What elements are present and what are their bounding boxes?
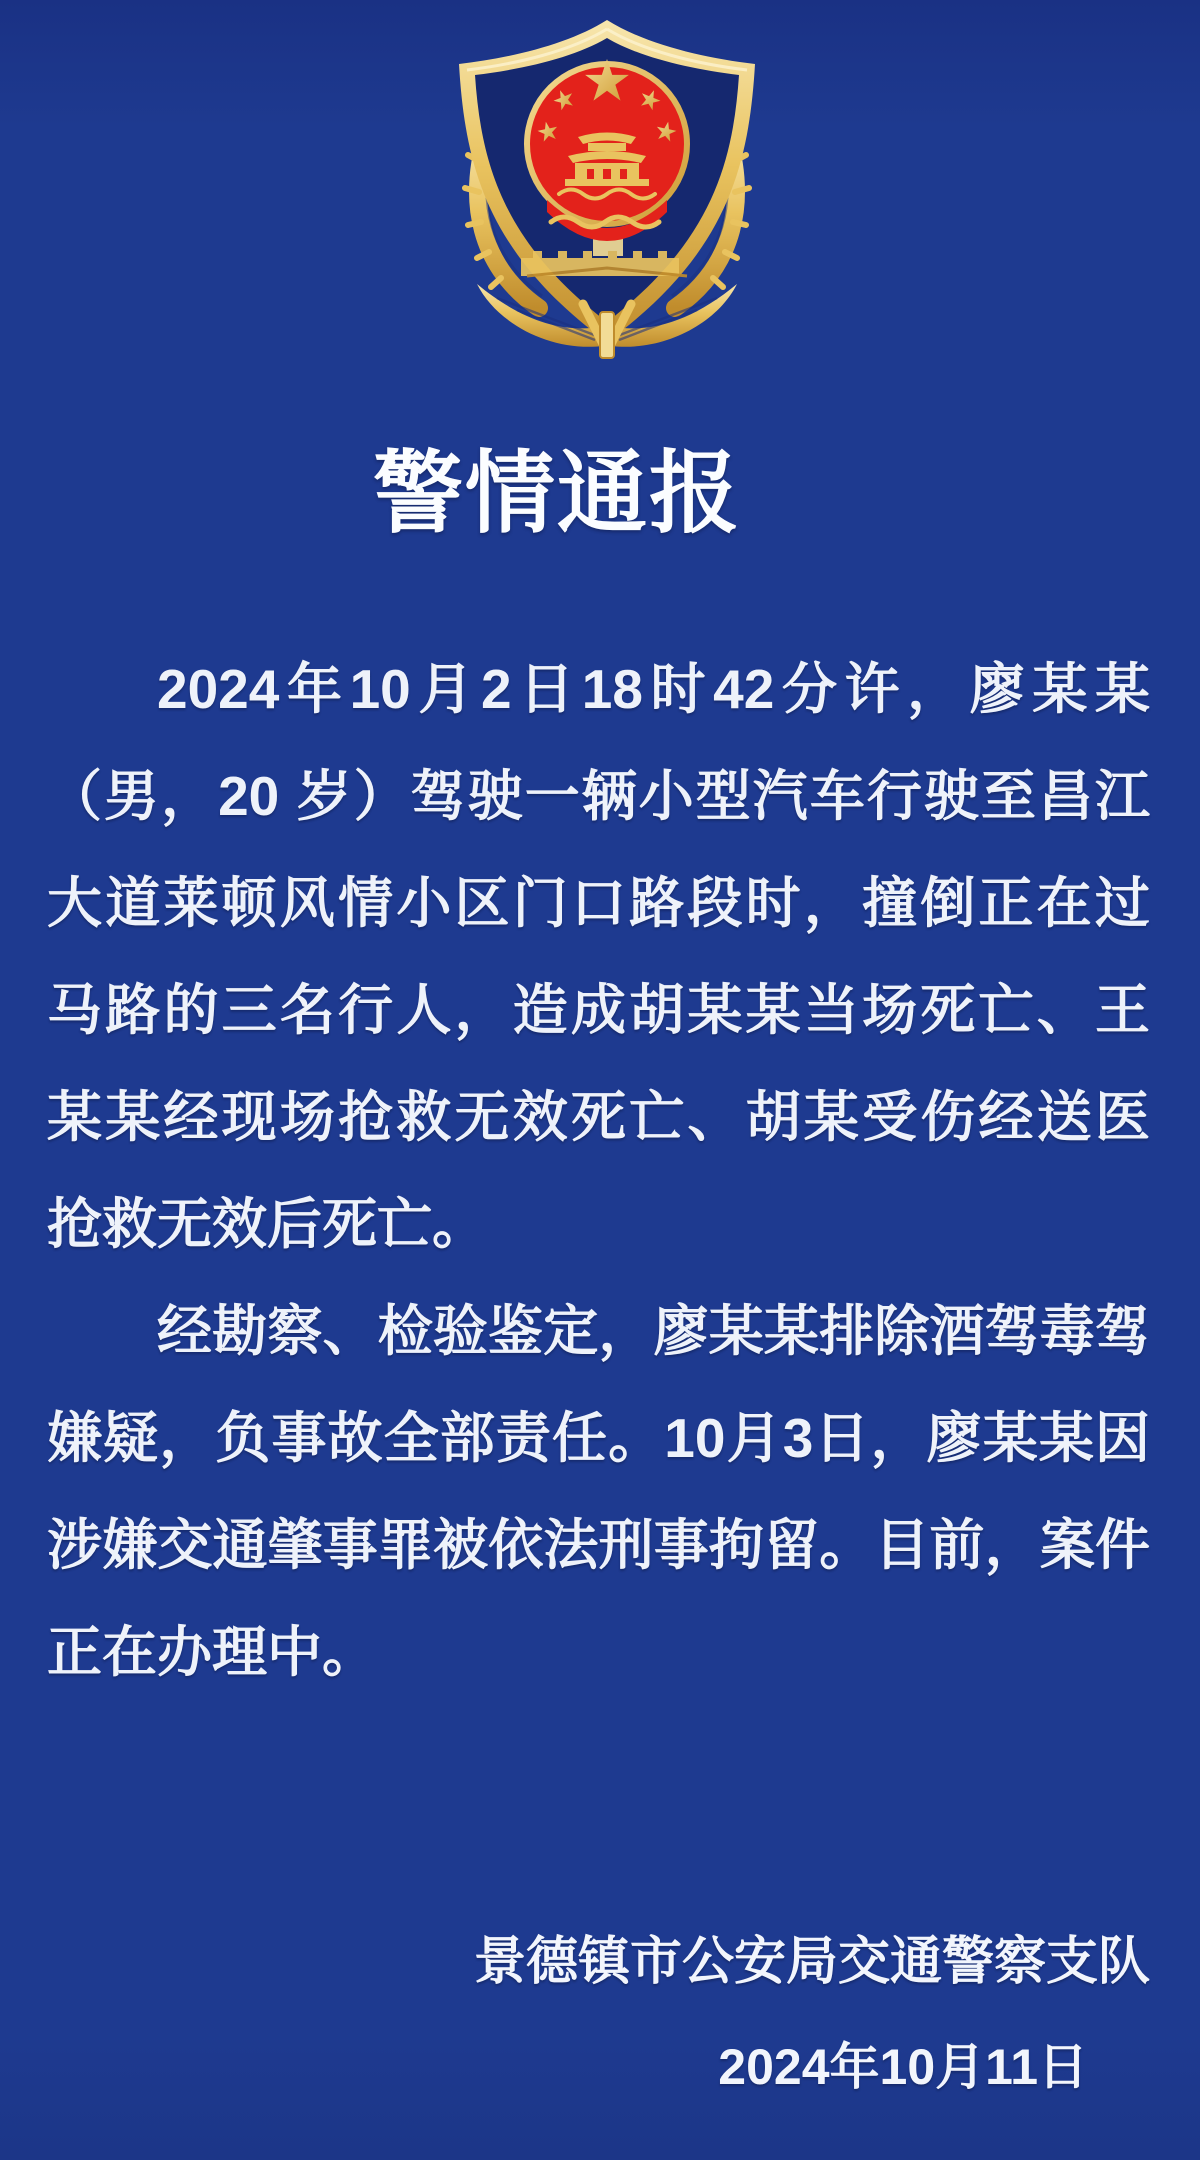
body-line: 正在办理中。 [47,1599,1150,1706]
body-line: （男，20 岁）驾驶一辆小型汽车行驶至昌江 [47,743,1150,850]
national-emblem [527,59,687,241]
body-line: 大道莱顿风情小区门口路段时，撞倒正在过 [47,850,1150,957]
body-line: 马路的三名行人，造成胡某某当场死亡、王 [47,957,1150,1064]
body-line: 嫌疑，负事故全部责任。10月3日，廖某某因 [47,1385,1150,1492]
police-badge-emblem [447,16,767,396]
notice-title: 警情通报 [0,420,1114,550]
body-line: 2024年10月2日18时42分许，廖某某 [47,636,1150,743]
police-badge-icon [447,16,767,396]
body-line: 抢救无效后死亡。 [47,1171,1150,1278]
body-line: 经勘察、检验鉴定，廖某某排除酒驾毒驾 [47,1278,1150,1385]
issue-date: 2024年10月11日 [718,2042,1088,2092]
police-notice-card: 警情通报 2024年10月2日18时42分许，廖某某（男，20 岁）驾驶一辆小型… [0,0,1200,2160]
issuer-signature: 景德镇市公安局交通警察支队 [474,1936,1150,1988]
body-text: 2024年10月2日18时42分许，廖某某（男，20 岁）驾驶一辆小型汽车行驶至… [47,636,1150,1706]
body-line: 某某经现场抢救无效死亡、胡某受伤经送医 [47,1064,1150,1171]
body-line: 涉嫌交通肇事罪被依法刑事拘留。目前，案件 [47,1492,1150,1599]
ribbon [600,312,614,358]
